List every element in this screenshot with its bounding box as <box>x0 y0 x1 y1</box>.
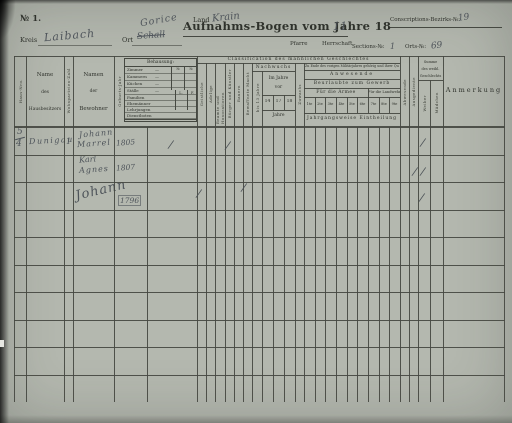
family-label: Familien <box>127 95 144 100</box>
orts-value-handwriting: 69 <box>431 40 443 51</box>
hausbesitzer-line2: des <box>41 90 49 95</box>
age-threshold: 18 <box>284 99 295 104</box>
room-label: Ställe <box>127 88 139 93</box>
kreis-rule <box>38 45 112 46</box>
column-haus-nr: Haus-Nro. <box>14 60 26 122</box>
status-label: Bewaffnete Macht <box>245 72 250 115</box>
house-number-top: 5 <box>17 127 23 137</box>
grid-line-horizontal <box>14 182 505 183</box>
bewohner-line1: Namen <box>83 72 103 78</box>
grid-line-vertical <box>215 63 216 402</box>
status-column-geistliche: Geistliche <box>197 64 206 124</box>
grid-line-horizontal <box>262 110 295 111</box>
qualification-label: Qualification <box>125 119 196 122</box>
status-column-beamte: Beamte und Honoratioren <box>215 64 225 124</box>
hausbesitzer-line3: Hausbesitzers <box>29 107 61 112</box>
page-title: Aufnahms-Bogen vom Jahre 18 <box>183 19 391 33</box>
zuwachs-column: Zuwachs <box>295 64 304 124</box>
grid-line-vertical <box>197 56 198 402</box>
fam-col-b: F. <box>188 91 197 95</box>
grid-line-vertical <box>206 63 207 402</box>
column-geburtsjahr: Geburts-Jahr <box>114 58 124 124</box>
beurlaubte-row: Beurlaubte zum Gewerb <box>304 81 400 86</box>
anwesende-row: Anwesende <box>304 72 400 77</box>
grid-line-vertical <box>379 97 380 113</box>
herrschaft-label: Herrschaft <box>322 41 352 47</box>
bezirk-rule <box>390 27 502 28</box>
ort-rule <box>132 45 182 46</box>
grid-line-vertical <box>400 56 401 402</box>
column-wohnparteien: Wohnparteien-Zahl <box>64 58 73 124</box>
grid-line-vertical <box>357 97 358 113</box>
column-geburtsjahr-label: Geburts-Jahr <box>117 76 122 107</box>
kreis-label: Kreis <box>20 36 37 44</box>
zuwachs-label: Zuwachs <box>297 84 302 105</box>
resident-name: Marrel <box>77 138 111 149</box>
orts-label: Orts-№: <box>405 44 426 50</box>
sections-label: Sections-№: <box>352 44 385 50</box>
status-label: Bürger und Künstler <box>227 69 232 118</box>
grid-line-vertical <box>418 56 419 402</box>
grid-line-vertical <box>252 63 253 402</box>
grid-line-vertical <box>409 56 410 402</box>
grid-line-vertical <box>368 88 369 113</box>
bewohner-line3: Bewohner <box>79 106 107 112</box>
tick-mark: / <box>420 165 425 178</box>
status-label: Beamte und Honoratioren <box>215 64 225 124</box>
summe-weiblich-header: Summe des weibl. Geschlechts <box>418 59 443 79</box>
age-class: 1te <box>304 102 315 106</box>
grid-line-horizontal <box>14 292 505 293</box>
house-number-bottom: 4 <box>16 139 22 149</box>
grid-line-vertical <box>504 56 505 402</box>
landwehr-header: Für die Landwehr <box>368 90 400 94</box>
nachwuchs-unit: Jahre <box>262 113 295 118</box>
abwesende-column: Abwesende <box>400 60 409 124</box>
age-threshold: 17 <box>273 99 284 104</box>
grid-line-horizontal <box>14 320 505 321</box>
ort-label: Ort <box>122 36 133 44</box>
bezirk-value-handwriting: 19 <box>457 12 470 23</box>
grid-line-vertical <box>336 97 337 113</box>
maedchen-label: Mädchen <box>434 92 439 113</box>
age-class: 9te <box>389 102 400 106</box>
family-row: Dienstboten <box>125 113 196 119</box>
room-label: Küchen <box>127 81 142 86</box>
grid-line-vertical <box>64 56 65 402</box>
summe-line1: Summe <box>424 60 437 64</box>
maedchen-column: Mädchen <box>430 81 443 125</box>
nachwuchs-note-line2: vor <box>275 85 282 90</box>
grid-line-horizontal <box>418 80 443 81</box>
tick-mark: / <box>412 165 417 178</box>
birth-year: 1796 <box>118 195 141 206</box>
nachwuchs-side-column: bis 13 Jahre <box>252 71 262 125</box>
grid-line-vertical <box>225 63 226 402</box>
armee-header: Für die Armee <box>304 90 368 95</box>
grid-line-horizontal <box>304 97 400 98</box>
grid-line-horizontal <box>304 88 400 89</box>
grid-line-vertical <box>14 56 15 402</box>
age-class: 2te <box>315 102 325 106</box>
birth-year: 1805 <box>116 137 136 147</box>
family-label: Dienstboten <box>127 113 152 118</box>
family-label: Ehemänner <box>127 101 150 106</box>
status-column-militaer: Bewaffnete Macht <box>243 64 252 124</box>
blank-dash: — <box>155 81 159 87</box>
room-label: Kammern <box>127 74 147 79</box>
tick-mark: / <box>168 138 173 151</box>
birth-year: 1807 <box>116 162 136 172</box>
grid-line-horizontal <box>304 113 400 114</box>
blank-dash: — <box>155 88 159 94</box>
scan-speck <box>0 340 4 347</box>
room-label: Zimmer <box>127 67 143 72</box>
room-row: Kammern— <box>125 74 196 81</box>
blank-dash: — <box>155 74 159 80</box>
fam-col-a: L. <box>176 91 186 95</box>
grid-line-vertical <box>26 56 27 402</box>
grid-line-horizontal <box>14 265 505 266</box>
column-hausbesitzer: Name des Hausbesitzers <box>26 66 64 118</box>
status-column-bauern: Bauern <box>234 64 243 124</box>
age-class: 5te <box>347 102 357 106</box>
grid-line-vertical <box>273 95 274 110</box>
summe-line3: Geschlechts <box>420 74 442 78</box>
age-class: 4te <box>336 102 347 106</box>
grid-line-vertical <box>284 95 285 110</box>
classification-title: Classification des männlichen Geschlecht… <box>197 57 400 62</box>
service-note-text: Zu Ende des vorigen Militärjahres gehöri… <box>305 64 398 68</box>
tick-mark: / <box>225 139 230 152</box>
grid-line-vertical <box>295 63 296 402</box>
room-col-a: № <box>172 67 184 71</box>
room-row: Küchen— <box>125 81 196 88</box>
ort-correction-handwriting: Gorice <box>139 12 178 29</box>
grid-line-vertical <box>315 97 316 113</box>
nachwuchs-note: Im Jahre vor <box>262 74 295 92</box>
grid-line-vertical <box>325 97 326 113</box>
column-haus-nr-label: Haus-Nro. <box>18 79 23 103</box>
grid-line-vertical <box>243 63 244 402</box>
age-threshold: 14 <box>262 99 273 104</box>
nachwuchs-note-line1: Im Jahre <box>269 76 289 81</box>
ort-struck-handwriting: Schall <box>137 30 166 42</box>
form-number: № 1. <box>20 14 41 24</box>
status-label: Adelige <box>208 85 213 103</box>
column-wohnparteien-label: Wohnparteien-Zahl <box>66 68 71 113</box>
grid-line-horizontal <box>304 70 400 71</box>
age-class: 3te <box>325 102 336 106</box>
behausung-box: Behausung: Zimmer— Kammern— Küchen— Stäl… <box>124 58 197 122</box>
status-label: Geistliche <box>199 82 204 106</box>
behausung-families: Familien Ehemänner Lehrjungen Dienstbote… <box>125 95 196 119</box>
grid-line-vertical <box>443 56 444 402</box>
resident-name: Agnes <box>79 164 109 175</box>
grid-line-horizontal <box>304 79 400 80</box>
status-column-buerger: Bürger und Künstler <box>225 64 234 124</box>
grid-line-horizontal <box>14 237 505 238</box>
bezirk-label: Conscriptions-Bezirks-№: <box>390 17 460 23</box>
title-rule <box>183 36 348 37</box>
tick-mark: / <box>241 181 246 194</box>
weiber-column: Weiber <box>418 81 430 125</box>
status-column-adelige: Adelige <box>206 64 215 124</box>
status-label: Bauern <box>236 85 241 102</box>
grid-line-horizontal <box>14 155 505 156</box>
scan-edge-top <box>0 0 512 4</box>
grid-line-horizontal <box>14 56 505 57</box>
age-class: 8te <box>379 102 389 106</box>
grid-line-horizontal <box>14 126 505 128</box>
grid-line-horizontal <box>252 71 295 72</box>
abwesende-label: Abwesende <box>402 79 407 106</box>
nachwuchs-header: Nachwuchs <box>252 65 295 70</box>
scan-edge-left <box>0 0 9 423</box>
scan-edge-bottom <box>0 415 512 423</box>
jahrgang-footer: Jahrgangsweise Eintheilung <box>304 116 400 121</box>
summe-line2: des weibl. <box>422 67 440 71</box>
grid-line-vertical <box>234 63 235 402</box>
grid-line-horizontal <box>14 347 505 348</box>
behausung-title: Behausung: <box>125 59 196 67</box>
grid-line-vertical <box>430 80 431 402</box>
scan-corner-topleft <box>0 0 16 40</box>
grid-line-vertical <box>114 56 115 402</box>
ausgediente-label: Ausgediente <box>411 77 416 106</box>
age-class: 6te <box>357 102 368 106</box>
grid-line-vertical <box>347 97 348 113</box>
scanned-census-form: № 1. Land Krain Conscriptions-Bezirks-№:… <box>0 0 512 423</box>
column-bewohner: Namen der Bewohner <box>73 66 114 118</box>
resident-name: Karl <box>79 154 97 164</box>
hausbesitzer-line1: Name <box>37 72 54 78</box>
age-class: 7te <box>368 102 379 106</box>
blank-dash: — <box>155 67 159 73</box>
nachwuchs-side-label: bis 13 Jahre <box>255 83 260 112</box>
ausgediente-column: Ausgediente <box>409 60 418 124</box>
title-year-handwriting: 11 <box>333 20 347 33</box>
tick-mark: / <box>419 191 424 204</box>
grid-line-vertical <box>73 56 74 402</box>
grid-line-horizontal <box>197 63 400 64</box>
family-label: Lehrjungen <box>127 107 150 112</box>
room-col-b: № <box>185 67 197 71</box>
grid-line-vertical <box>389 97 390 113</box>
bewohner-line2: der <box>90 89 98 94</box>
anmerkung-column-header: Anmerkung <box>443 86 505 94</box>
grid-line-horizontal <box>262 95 295 96</box>
sections-value-handwriting: 1 <box>390 42 395 51</box>
kreis-value-handwriting: Laibach <box>44 27 96 44</box>
pfarre-label: Pfarre <box>290 41 308 47</box>
tick-mark: / <box>196 187 201 200</box>
grid-line-horizontal <box>14 210 505 211</box>
weiber-label: Weiber <box>422 95 427 112</box>
grid-line-horizontal <box>14 375 505 376</box>
tick-mark: / <box>420 136 425 149</box>
